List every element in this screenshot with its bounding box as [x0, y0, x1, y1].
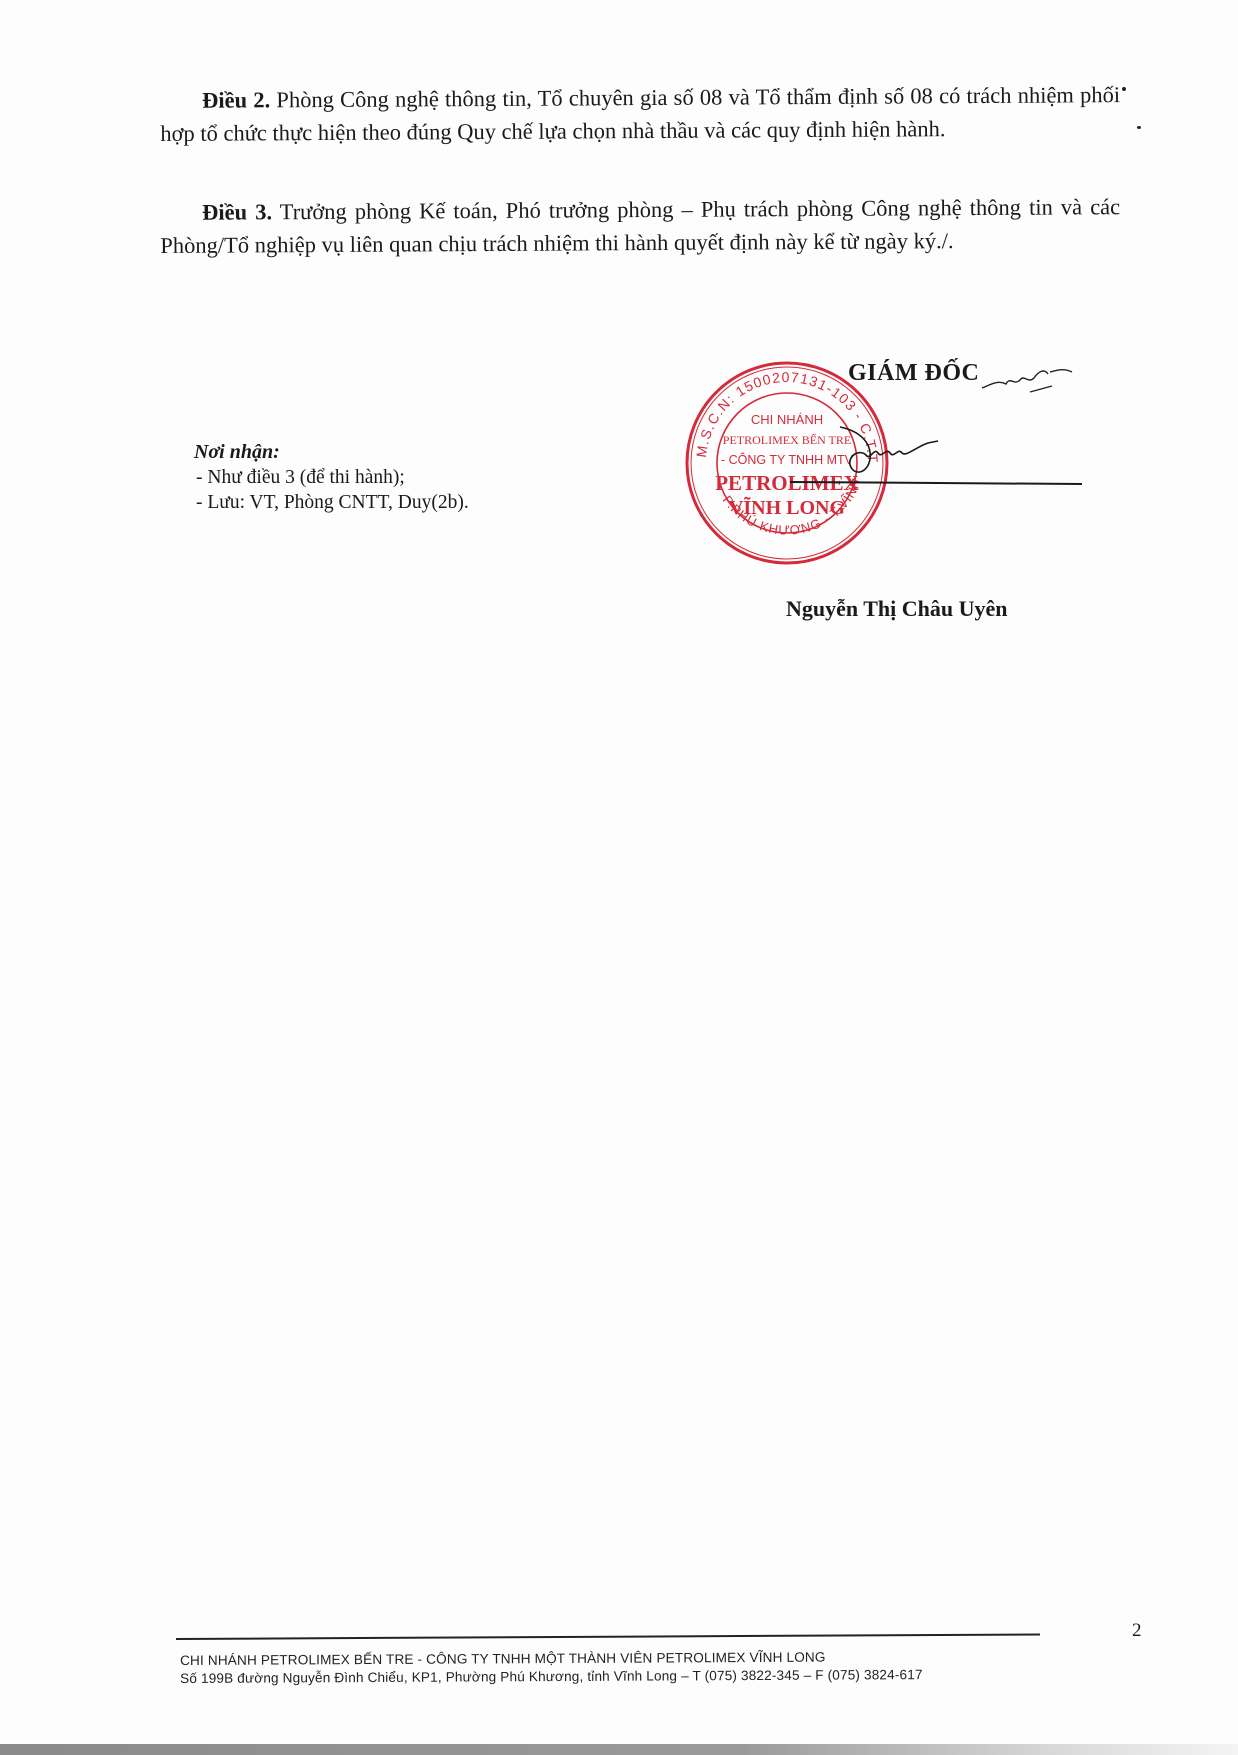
article-3: Điều 3. Trưởng phòng Kế toán, Phó trưởng…: [160, 190, 1120, 262]
footer: CHI NHÁNH PETROLIMEX BẾN TRE - CÔNG TY T…: [180, 1648, 923, 1688]
signatory-title: GIÁM ĐỐC: [848, 360, 979, 387]
recipient-item: - Lưu: VT, Phòng CNTT, Duy(2b).: [194, 490, 469, 515]
handwritten-signature-icon: [820, 425, 980, 485]
signatory-name: Nguyễn Thị Châu Uyên: [786, 596, 1008, 622]
article-2-label: Điều 2.: [202, 87, 270, 112]
initials-scribble-icon: [978, 362, 1078, 402]
article-2-text: Phòng Công nghệ thông tin, Tổ chuyên gia…: [160, 82, 1120, 146]
scan-speck: [1137, 126, 1141, 129]
recipient-item: - Như điều 3 (để thi hành);: [194, 465, 469, 490]
svg-text:VĨNH LONG: VĨNH LONG: [729, 496, 846, 519]
recipients-title: Nơi nhận:: [194, 440, 469, 465]
recipients-block: Nơi nhận: - Như điều 3 (để thi hành); - …: [194, 440, 469, 515]
article-3-label: Điều 3.: [202, 199, 272, 224]
page-number: 2: [1132, 1620, 1142, 1642]
scan-speck: [1122, 87, 1126, 91]
footer-address: Số 199B đường Nguyễn Đình Chiểu, KP1, Ph…: [180, 1666, 923, 1688]
document-page: Điều 2. Phòng Công nghệ thông tin, Tổ ch…: [0, 0, 1238, 1755]
article-2: Điều 2. Phòng Công nghệ thông tin, Tổ ch…: [160, 78, 1120, 150]
article-3-text: Trưởng phòng Kế toán, Phó trưởng phòng –…: [160, 194, 1120, 258]
footer-divider: [176, 1633, 1040, 1640]
svg-text:CHI NHÁNH: CHI NHÁNH: [751, 412, 823, 427]
scan-edge: [0, 1744, 1238, 1755]
